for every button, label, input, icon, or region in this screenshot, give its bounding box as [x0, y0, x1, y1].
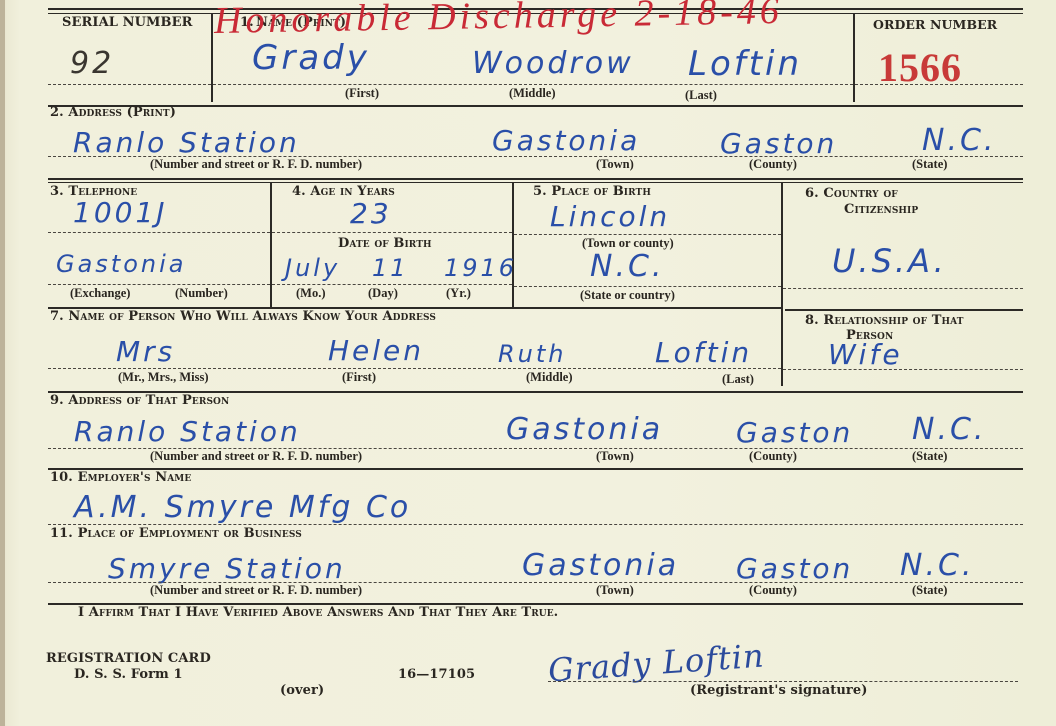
relationship-label-num: 8. — [805, 313, 819, 328]
last-name-value: Loftin — [688, 44, 802, 84]
serial-divider — [211, 14, 213, 102]
order-number-label: ORDER NUMBER — [873, 17, 997, 32]
address-state-value: N.C. — [922, 123, 996, 158]
signature-underline — [548, 681, 1018, 682]
telephone-underline — [48, 232, 270, 233]
address-street-caption: (Number and street or R. F. D. number) — [150, 157, 362, 172]
employment-place-label-num: 11. — [50, 526, 73, 541]
employer-label-num: 10. — [50, 470, 73, 485]
age-label-num: 4. — [292, 184, 306, 199]
age-underline — [272, 232, 512, 233]
relationship-value: Wife — [828, 338, 903, 371]
telephone-label-num: 3. — [50, 184, 64, 199]
age-value: 23 — [350, 197, 392, 230]
address-town-value: Gastonia — [492, 124, 640, 157]
dob-day-caption: (Day) — [368, 286, 398, 301]
order-underline — [855, 84, 1023, 85]
signature-caption: (Registrant's signature) — [690, 683, 867, 698]
address-state-caption: (State) — [912, 157, 947, 172]
telephone-exchange-value: Gastonia — [56, 250, 187, 278]
contact-label-text: Name of Person Who Will Always Know Your… — [68, 309, 436, 324]
contact-last-caption: (Last) — [722, 372, 754, 387]
contact-address-label-text: Address of That Person — [68, 393, 229, 408]
citizenship-label-line1: 6. Country of — [805, 186, 898, 201]
employer-label: 10. Employer's Name — [50, 470, 191, 485]
contact-title-value: Mrs — [116, 335, 175, 368]
registration-card: SERIAL NUMBER 1. Name (Print) ORDER NUMB… — [0, 0, 1056, 726]
address-town-caption: (Town) — [596, 157, 634, 172]
employment-town-value: Gastonia — [522, 548, 679, 583]
contact-middle-caption: (Middle) — [526, 370, 573, 385]
citizenship-value: U.S.A. — [832, 242, 947, 280]
row3-rule-right — [785, 309, 1023, 311]
contact-address-street-caption: (Number and street or R. F. D. number) — [150, 449, 362, 464]
employment-town-caption: (Town) — [596, 583, 634, 598]
employment-state-value: N.C. — [900, 548, 974, 583]
contact-address-label: 9. Address of That Person — [50, 393, 229, 408]
contact-title-caption: (Mr., Mrs., Miss) — [118, 370, 209, 385]
print-code: 16—17105 — [398, 667, 475, 682]
row2-rule — [48, 178, 1023, 180]
relationship-label-line1: 8. Relationship of That — [805, 313, 964, 328]
address-label: 2. Address (Print) — [50, 105, 176, 120]
contact-address-state-caption: (State) — [912, 449, 947, 464]
relationship-label-text: Relationship of That — [823, 313, 963, 328]
number-caption: (Number) — [175, 286, 228, 301]
exchange-caption: (Exchange) — [70, 286, 130, 301]
employment-street-value: Smyre Station — [108, 552, 346, 585]
address-county-caption: (County) — [749, 157, 797, 172]
citizenship-label-num: 6. — [805, 186, 819, 201]
address-label-num: 2. — [50, 105, 64, 120]
affirmation-text: I Affirm That I Have Verified Above Answ… — [78, 605, 558, 620]
employer-label-text: Employer's Name — [78, 470, 192, 485]
name-underline — [213, 84, 853, 85]
birthplace-label-num: 5. — [533, 184, 547, 199]
contact-underline — [48, 368, 781, 369]
form-title: REGISTRATION CARD — [46, 651, 211, 666]
contact-first-caption: (First) — [342, 370, 376, 385]
citizenship-label-line2: Citizenship — [844, 202, 918, 217]
serial-number-value: 92 — [70, 46, 114, 81]
row2-rule-inner — [48, 182, 1023, 183]
employer-value: A.M. Smyre Mfg Co — [74, 490, 411, 525]
address-label-text: Address (Print) — [68, 105, 176, 120]
age-birth-divider — [512, 183, 514, 307]
contact-address-street-value: Ranlo Station — [74, 415, 301, 448]
serial-underline — [48, 84, 211, 85]
employment-place-label-text: Place of Employment or Business — [78, 526, 302, 541]
dob-month-value: July — [285, 254, 340, 282]
employment-place-label: 11. Place of Employment or Business — [50, 526, 302, 541]
contact-address-state-value: N.C. — [912, 412, 986, 447]
contact-first-value: Helen — [328, 334, 424, 367]
employment-street-caption: (Number and street or R. F. D. number) — [150, 583, 362, 598]
citizenship-label-text: Country of — [823, 186, 897, 201]
form-id: D. S. S. Form 1 — [74, 667, 183, 682]
first-caption: (First) — [345, 86, 379, 101]
birth-citizen-divider — [781, 183, 783, 386]
dob-yr-caption: (Yr.) — [446, 286, 471, 301]
birthplace-label-text: Place of Birth — [551, 184, 651, 199]
birthplace-town-value: Lincoln — [550, 200, 670, 233]
order-divider — [853, 14, 855, 102]
dob-mo-caption: (Mo.) — [296, 286, 326, 301]
dob-year-value: 1916 — [444, 254, 517, 282]
employment-county-caption: (County) — [749, 583, 797, 598]
serial-number-label: SERIAL NUMBER — [62, 15, 193, 30]
over-note: (over) — [280, 683, 324, 698]
first-name-value: Grady — [252, 38, 370, 78]
employment-state-caption: (State) — [912, 583, 947, 598]
row1-rule — [48, 105, 1023, 107]
tel-age-divider — [270, 183, 272, 307]
dob-label: Date of Birth — [338, 236, 432, 251]
employment-county-value: Gaston — [736, 552, 853, 585]
middle-caption: (Middle) — [509, 86, 556, 101]
card-edge — [0, 0, 5, 726]
exchange-underline — [48, 284, 270, 285]
birthplace-label: 5. Place of Birth — [533, 184, 651, 199]
last-caption: (Last) — [685, 88, 717, 103]
contact-address-county-value: Gaston — [736, 416, 853, 449]
dob-day-value: 11 — [372, 254, 409, 282]
row5-rule — [48, 468, 1023, 470]
contact-address-town-caption: (Town) — [596, 449, 634, 464]
citizenship-underline — [783, 288, 1023, 289]
discharge-annotation: Honorable Discharge 2-18-46 — [214, 0, 784, 43]
contact-address-town-value: Gastonia — [506, 412, 663, 447]
dob-underline — [272, 284, 512, 285]
contact-address-label-num: 9. — [50, 393, 64, 408]
birthplace-town-underline — [514, 234, 781, 235]
birthplace-state-caption: (State or country) — [580, 288, 675, 303]
contact-label: 7. Name of Person Who Will Always Know Y… — [50, 309, 436, 324]
birthplace-state-value: N.C. — [590, 249, 664, 284]
address-street-value: Ranlo Station — [73, 126, 300, 159]
employer-underline — [48, 524, 1023, 525]
contact-middle-value: Ruth — [498, 340, 567, 368]
relationship-underline — [783, 369, 1023, 370]
birthplace-state-underline — [514, 286, 781, 287]
contact-label-num: 7. — [50, 309, 64, 324]
contact-last-value: Loftin — [655, 336, 752, 369]
telephone-number-value: 1001J — [73, 196, 168, 229]
middle-name-value: Woodrow — [472, 46, 634, 81]
contact-address-county-caption: (County) — [749, 449, 797, 464]
